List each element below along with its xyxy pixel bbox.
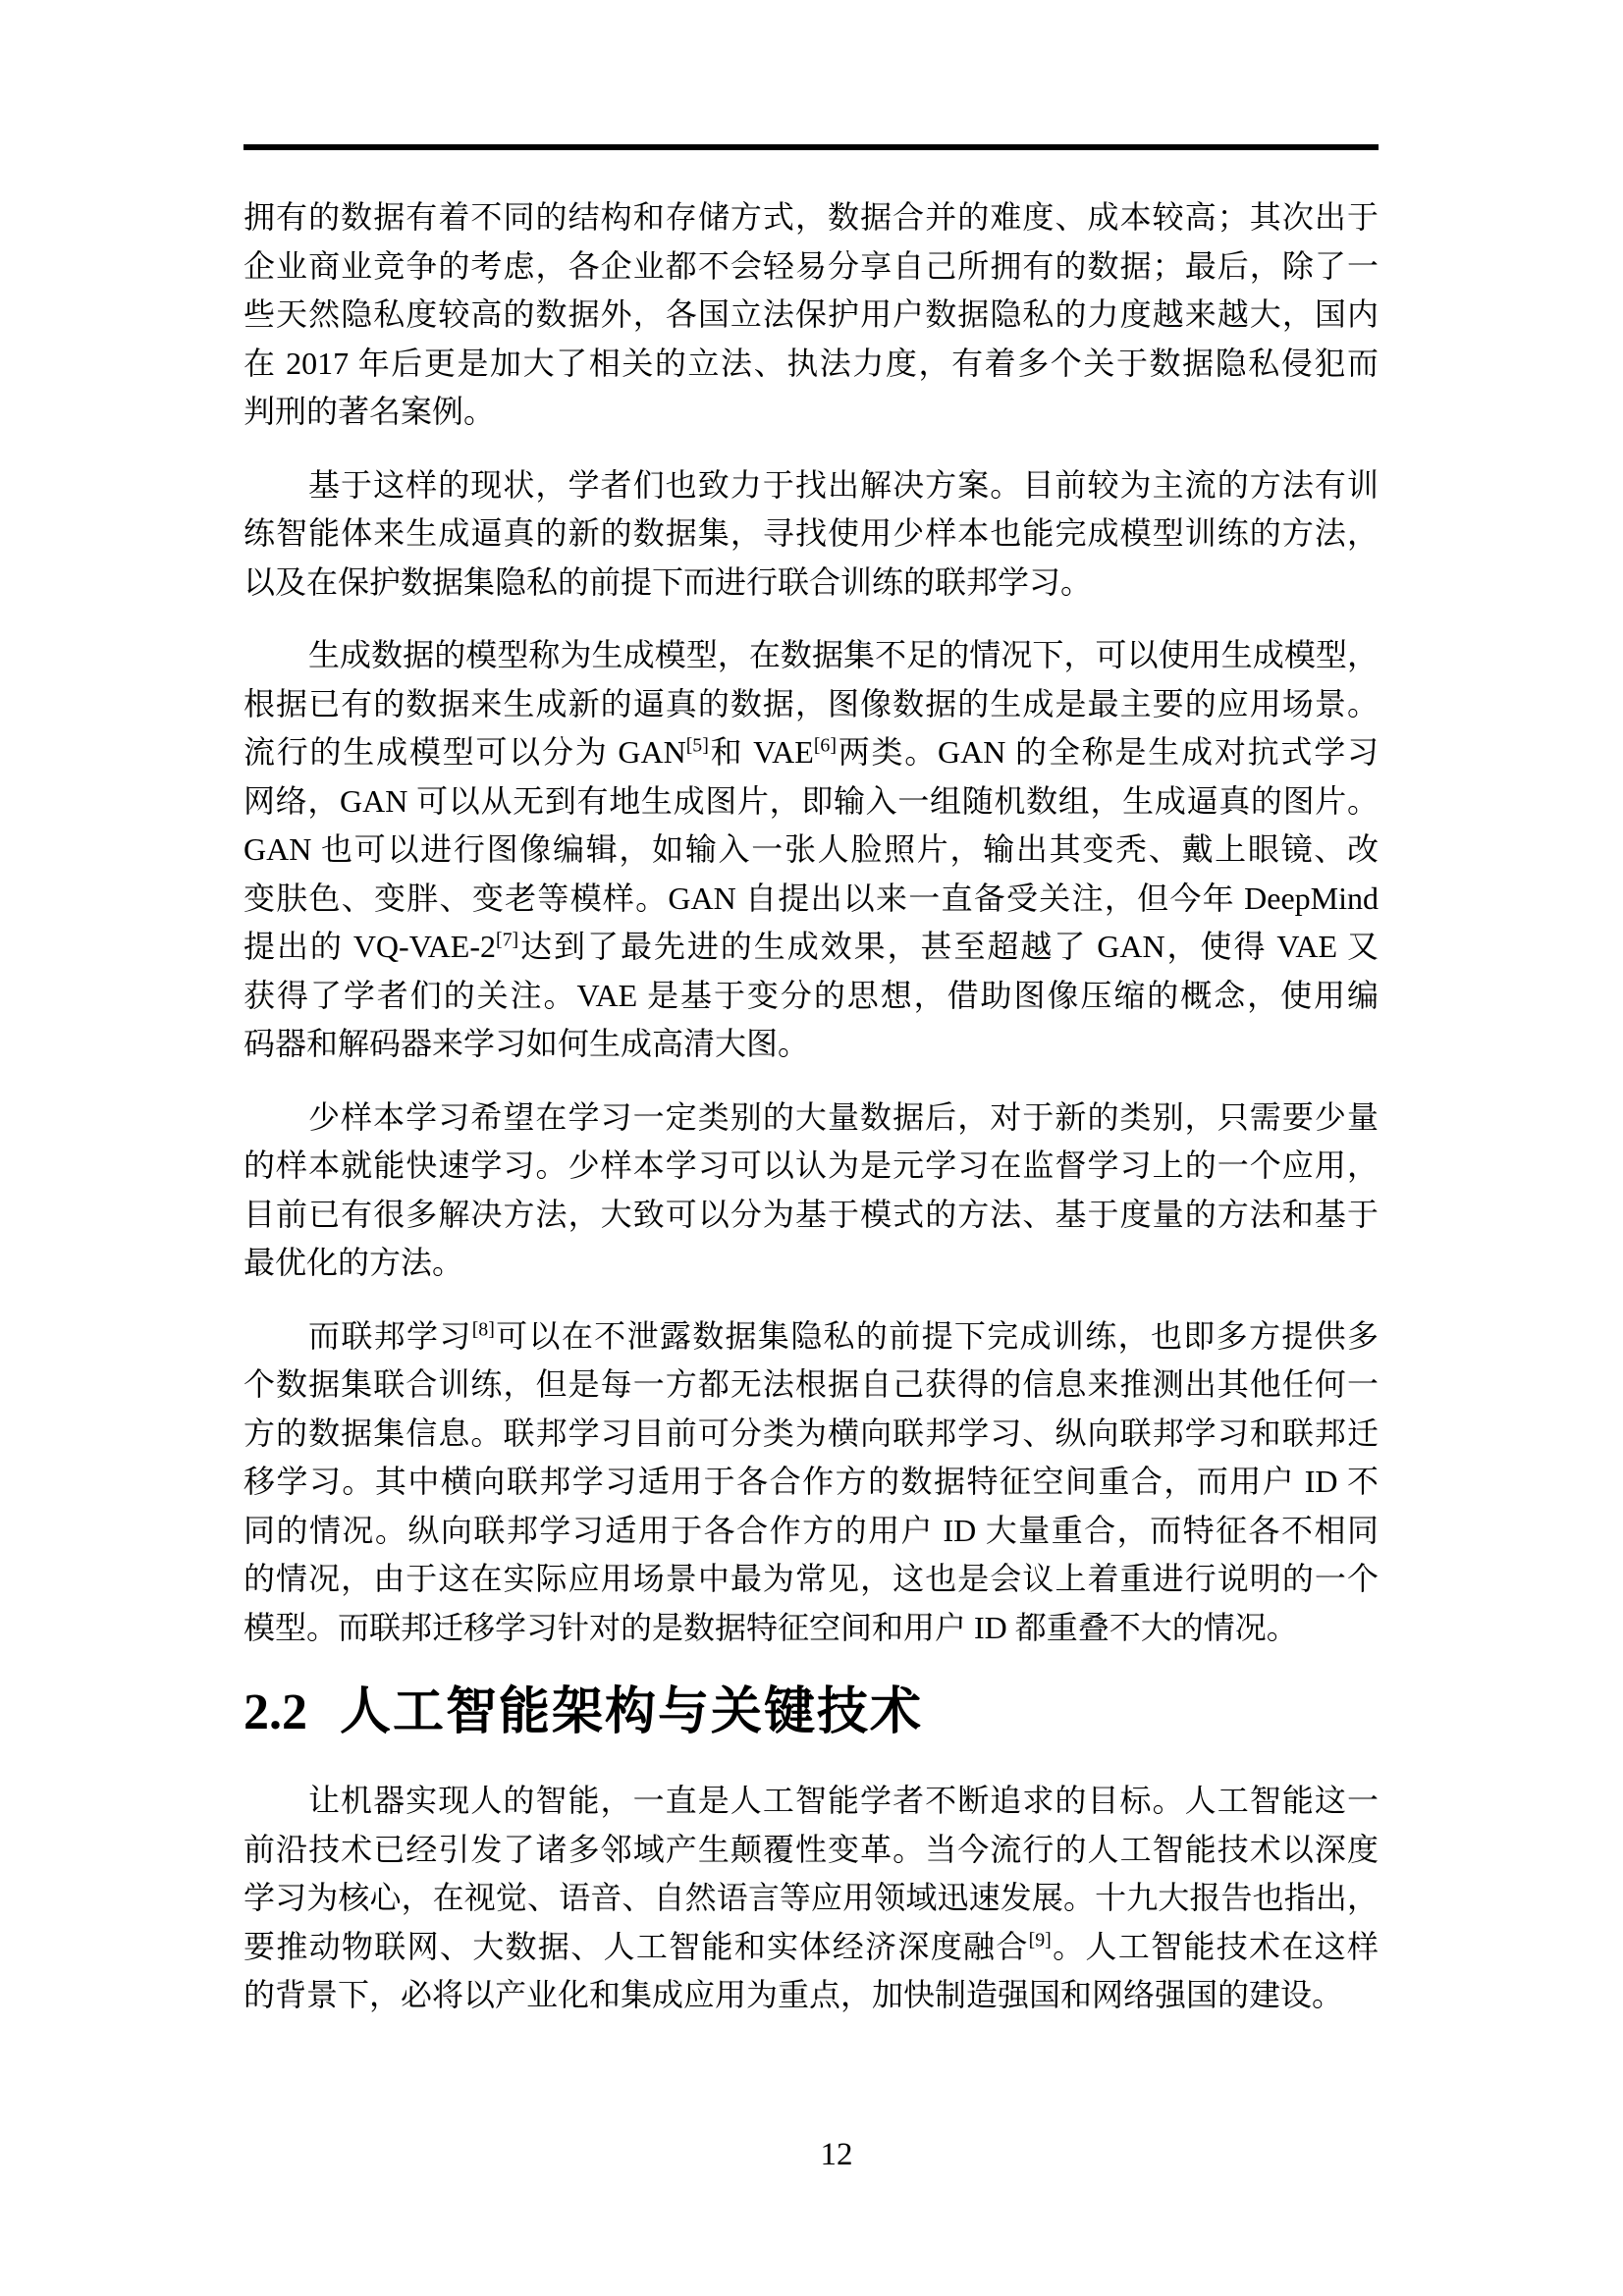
text-line: 而联邦学习[8]可以在不泄露数据集隐私的前提下完成训练，也即多方提供多 — [243, 1312, 1379, 1362]
text-line: 提出的 VQ-VAE-2[7]达到了最先进的生成效果，甚至超越了 GAN，使得 … — [243, 923, 1379, 972]
text-line: 流行的生成模型可以分为 GAN[5]和 VAE[6]两类。GAN 的全称是生成对… — [243, 728, 1379, 777]
text-line: 最优化的方法。 — [243, 1239, 1379, 1288]
text-line: 根据已有的数据来生成新的逼真的数据，图像数据的生成是最主要的应用场景。 — [243, 680, 1379, 729]
text-line: 练智能体来生成逼真的新的数据集，寻找使用少样本也能完成模型训练的方法， — [243, 509, 1379, 559]
text-line: 同的情况。纵向联邦学习适用于各合作方的用户 ID 大量重合，而特征各不相同 — [243, 1507, 1379, 1556]
text-line: 判刑的著名案例。 — [243, 388, 1379, 437]
text-line: GAN 也可以进行图像编辑，如输入一张人脸照片，输出其变秃、戴上眼镜、改 — [243, 826, 1379, 875]
text-line: 要推动物联网、大数据、人工智能和实体经济深度融合[9]。人工智能技术在这样 — [243, 1923, 1379, 1972]
paragraph: 而联邦学习[8]可以在不泄露数据集隐私的前提下完成训练，也即多方提供多个数据集联… — [243, 1312, 1379, 1653]
citation-ref: [6] — [814, 734, 837, 756]
text-line: 在 2017 年后更是加大了相关的立法、执法力度，有着多个关于数据隐私侵犯而 — [243, 340, 1379, 389]
paragraph: 让机器实现人的智能，一直是人工智能学者不断追求的目标。人工智能这一前沿技术已经引… — [243, 1777, 1379, 2020]
text-line: 些天然隐私度较高的数据外，各国立法保护用户数据隐私的力度越来越大，国内 — [243, 291, 1379, 340]
text-line: 变肤色、变胖、变老等模样。GAN 自提出以来一直备受关注，但今年 DeepMin… — [243, 875, 1379, 924]
page-number: 12 — [821, 2131, 853, 2180]
text-line: 基于这样的现状，学者们也致力于找出解决方案。目前较为主流的方法有训 — [243, 461, 1379, 510]
citation-ref: [7] — [496, 929, 518, 950]
header-rule — [243, 144, 1379, 150]
citation-ref: [5] — [686, 734, 709, 756]
text-line: 个数据集联合训练，但是每一方都无法根据自己获得的信息来推测出其他任何一 — [243, 1361, 1379, 1410]
text-line: 学习为核心，在视觉、语音、自然语言等应用领域迅速发展。十九大报告也指出， — [243, 1874, 1379, 1923]
text-line: 获得了学者们的关注。VAE 是基于变分的思想，借助图像压缩的概念，使用编 — [243, 972, 1379, 1021]
paragraph: 生成数据的模型称为生成模型，在数据集不足的情况下，可以使用生成模型，根据已有的数… — [243, 631, 1379, 1069]
text-line: 前沿技术已经引发了诸多邻域产生颠覆性变革。当今流行的人工智能技术以深度 — [243, 1826, 1379, 1875]
text-line: 目前已有很多解决方法，大致可以分为基于模式的方法、基于度量的方法和基于 — [243, 1191, 1379, 1240]
text-line: 码器和解码器来学习如何生成高清大图。 — [243, 1020, 1379, 1069]
text-line: 网络，GAN 可以从无到有地生成图片，即输入一组随机数组，生成逼真的图片。 — [243, 777, 1379, 827]
section-heading: 2.2人工智能架构与关键技术 — [243, 1678, 1379, 1747]
text-line: 的样本就能快速学习。少样本学习可以认为是元学习在监督学习上的一个应用， — [243, 1142, 1379, 1191]
text-line: 让机器实现人的智能，一直是人工智能学者不断追求的目标。人工智能这一 — [243, 1777, 1379, 1826]
text-line: 方的数据集信息。联邦学习目前可分类为横向联邦学习、纵向联邦学习和联邦迁 — [243, 1410, 1379, 1459]
document-body: 拥有的数据有着不同的结构和存储方式，数据合并的难度、成本较高；其次出于企业商业竞… — [243, 193, 1379, 2020]
text-line: 的背景下，必将以产业化和集成应用为重点，加快制造强国和网络强国的建设。 — [243, 1971, 1379, 2020]
text-line: 的情况，由于这在实际应用场景中最为常见，这也是会议上着重进行说明的一个 — [243, 1555, 1379, 1604]
citation-ref: [9] — [1029, 1929, 1052, 1950]
section-title: 人工智能架构与关键技术 — [340, 1683, 923, 1740]
paragraph: 基于这样的现状，学者们也致力于找出解决方案。目前较为主流的方法有训练智能体来生成… — [243, 461, 1379, 608]
paragraph: 拥有的数据有着不同的结构和存储方式，数据合并的难度、成本较高；其次出于企业商业竞… — [243, 193, 1379, 437]
paragraph: 少样本学习希望在学习一定类别的大量数据后，对于新的类别，只需要少量的样本就能快速… — [243, 1094, 1379, 1288]
text-line: 以及在保护数据集隐私的前提下而进行联合训练的联邦学习。 — [243, 559, 1379, 608]
text-line: 生成数据的模型称为生成模型，在数据集不足的情况下，可以使用生成模型， — [243, 631, 1379, 680]
document-page: 拥有的数据有着不同的结构和存储方式，数据合并的难度、成本较高；其次出于企业商业竞… — [0, 0, 1623, 2296]
section-number: 2.2 — [243, 1684, 307, 1740]
text-line: 少样本学习希望在学习一定类别的大量数据后，对于新的类别，只需要少量 — [243, 1094, 1379, 1143]
text-line: 企业商业竞争的考虑，各企业都不会轻易分享自己所拥有的数据；最后，除了一 — [243, 242, 1379, 292]
citation-ref: [8] — [472, 1318, 495, 1340]
text-line: 拥有的数据有着不同的结构和存储方式，数据合并的难度、成本较高；其次出于 — [243, 193, 1379, 242]
text-line: 模型。而联邦迁移学习针对的是数据特征空间和用户 ID 都重叠不大的情况。 — [243, 1604, 1379, 1653]
text-line: 移学习。其中横向联邦学习适用于各合作方的数据特征空间重合，而用户 ID 不 — [243, 1458, 1379, 1507]
